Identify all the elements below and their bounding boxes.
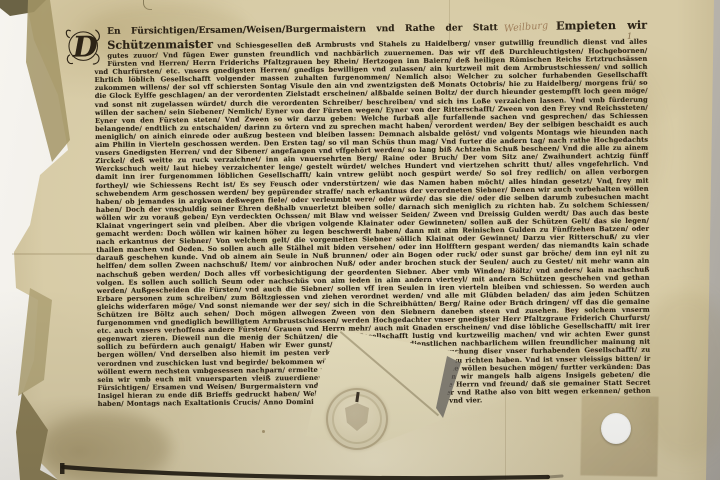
- embossed-seal: [326, 388, 388, 450]
- ornate-initial-d: D: [64, 25, 102, 67]
- paper-speck: [262, 430, 265, 433]
- handwritten-place-annotation: Weilburg: [503, 22, 548, 34]
- punched-hole: [601, 413, 631, 444]
- fold-crease-horizontal: [12, 253, 98, 255]
- svg-text:D: D: [72, 29, 98, 63]
- seal-ink-nick: [355, 392, 359, 402]
- body-text: D En Fürsichtigen/Ersamen/Weisen/Burgerm…: [94, 19, 651, 408]
- seal-crest: [345, 403, 369, 431]
- folio-number-annotation: 1: [627, 32, 632, 41]
- body-text-content: vnd Schiesgesellen deß Armbrusts vnd Sta…: [94, 38, 650, 408]
- heading-salutation: En Fürsichtigen/Ersamen/Weisen/Burgermai…: [107, 23, 498, 37]
- text-block: D En Fürsichtigen/Ersamen/Weisen/Burgerm…: [94, 19, 651, 408]
- photo-backdrop: D En Fürsichtigen/Ersamen/Weisen/Burgerm…: [0, 0, 720, 480]
- bottom-ink-rule: [56, 458, 566, 480]
